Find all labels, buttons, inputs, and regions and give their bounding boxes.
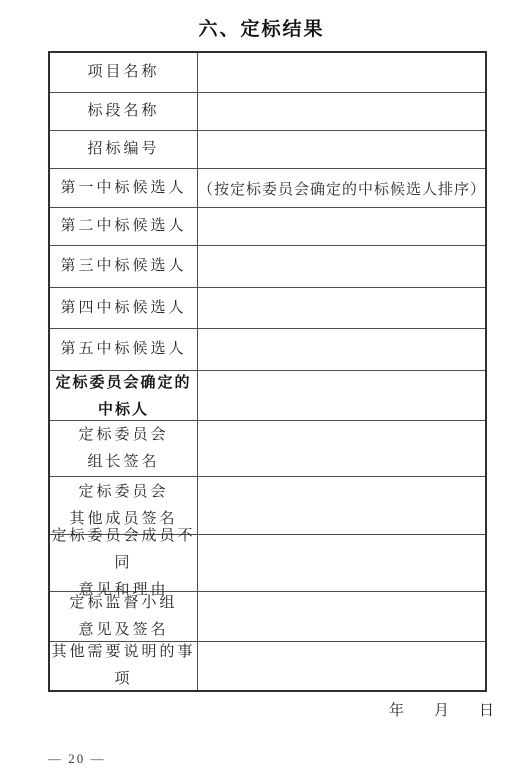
row-value <box>198 371 485 420</box>
row-label: 定标委员会确定的 中标人 <box>50 371 198 420</box>
month-label: 月 <box>434 703 449 719</box>
table-row: 第一中标候选人 （按定标委员会确定的中标候选人排序） <box>50 169 485 208</box>
table-row: 第二中标候选人 <box>50 208 485 246</box>
row-value <box>198 208 485 245</box>
bid-result-table: 项目名称 标段名称 招标编号 第一中标候选人 （按定标委员会确定的中标候选人排序… <box>48 51 487 692</box>
row-value <box>198 592 485 641</box>
row-value <box>198 421 485 476</box>
row-label: 第一中标候选人 <box>50 169 198 207</box>
row-label: 其他需要说明的事项 <box>50 642 198 690</box>
row-value <box>198 93 485 130</box>
row-value <box>198 477 485 534</box>
day-label: 日 <box>479 703 494 719</box>
row-label: 定标委员会成员不同 意见和理由 <box>50 535 198 591</box>
row-label: 第二中标候选人 <box>50 208 198 245</box>
row-value: （按定标委员会确定的中标候选人排序） <box>198 169 485 207</box>
table-row: 定标监督小组 意见及签名 <box>50 592 485 642</box>
row-value <box>198 53 485 92</box>
document-page: 六、定标结果 项目名称 标段名称 招标编号 第一中标候选人 （按定标委员会确定的… <box>0 0 523 782</box>
row-label: 招标编号 <box>50 131 198 168</box>
row-label: 项目名称 <box>50 53 198 92</box>
row-value <box>198 131 485 168</box>
page-number: — 20 — <box>48 751 106 767</box>
row-label: 标段名称 <box>50 93 198 130</box>
table-row: 定标委员会成员不同 意见和理由 <box>50 535 485 592</box>
row-value <box>198 535 485 591</box>
row-label: 定标委员会 组长签名 <box>50 421 198 476</box>
table-row: 招标编号 <box>50 131 485 169</box>
table-row: 定标委员会确定的 中标人 <box>50 371 485 421</box>
row-label: 定标监督小组 意见及签名 <box>50 592 198 641</box>
table-row: 定标委员会 组长签名 <box>50 421 485 477</box>
row-value <box>198 642 485 690</box>
table-row: 第三中标候选人 <box>50 246 485 288</box>
table-row: 项目名称 <box>50 53 485 93</box>
row-label: 第四中标候选人 <box>50 288 198 328</box>
year-label: 年 <box>389 703 404 719</box>
row-value <box>198 329 485 370</box>
row-value <box>198 246 485 287</box>
table-row: 标段名称 <box>50 93 485 131</box>
row-label: 第三中标候选人 <box>50 246 198 287</box>
table-row: 第五中标候选人 <box>50 329 485 371</box>
row-label: 第五中标候选人 <box>50 329 198 370</box>
table-row: 其他需要说明的事项 <box>50 642 485 690</box>
date-line: 年月日 <box>48 699 494 720</box>
table-row: 第四中标候选人 <box>50 288 485 329</box>
row-value <box>198 288 485 328</box>
page-title: 六、定标结果 <box>0 14 523 41</box>
